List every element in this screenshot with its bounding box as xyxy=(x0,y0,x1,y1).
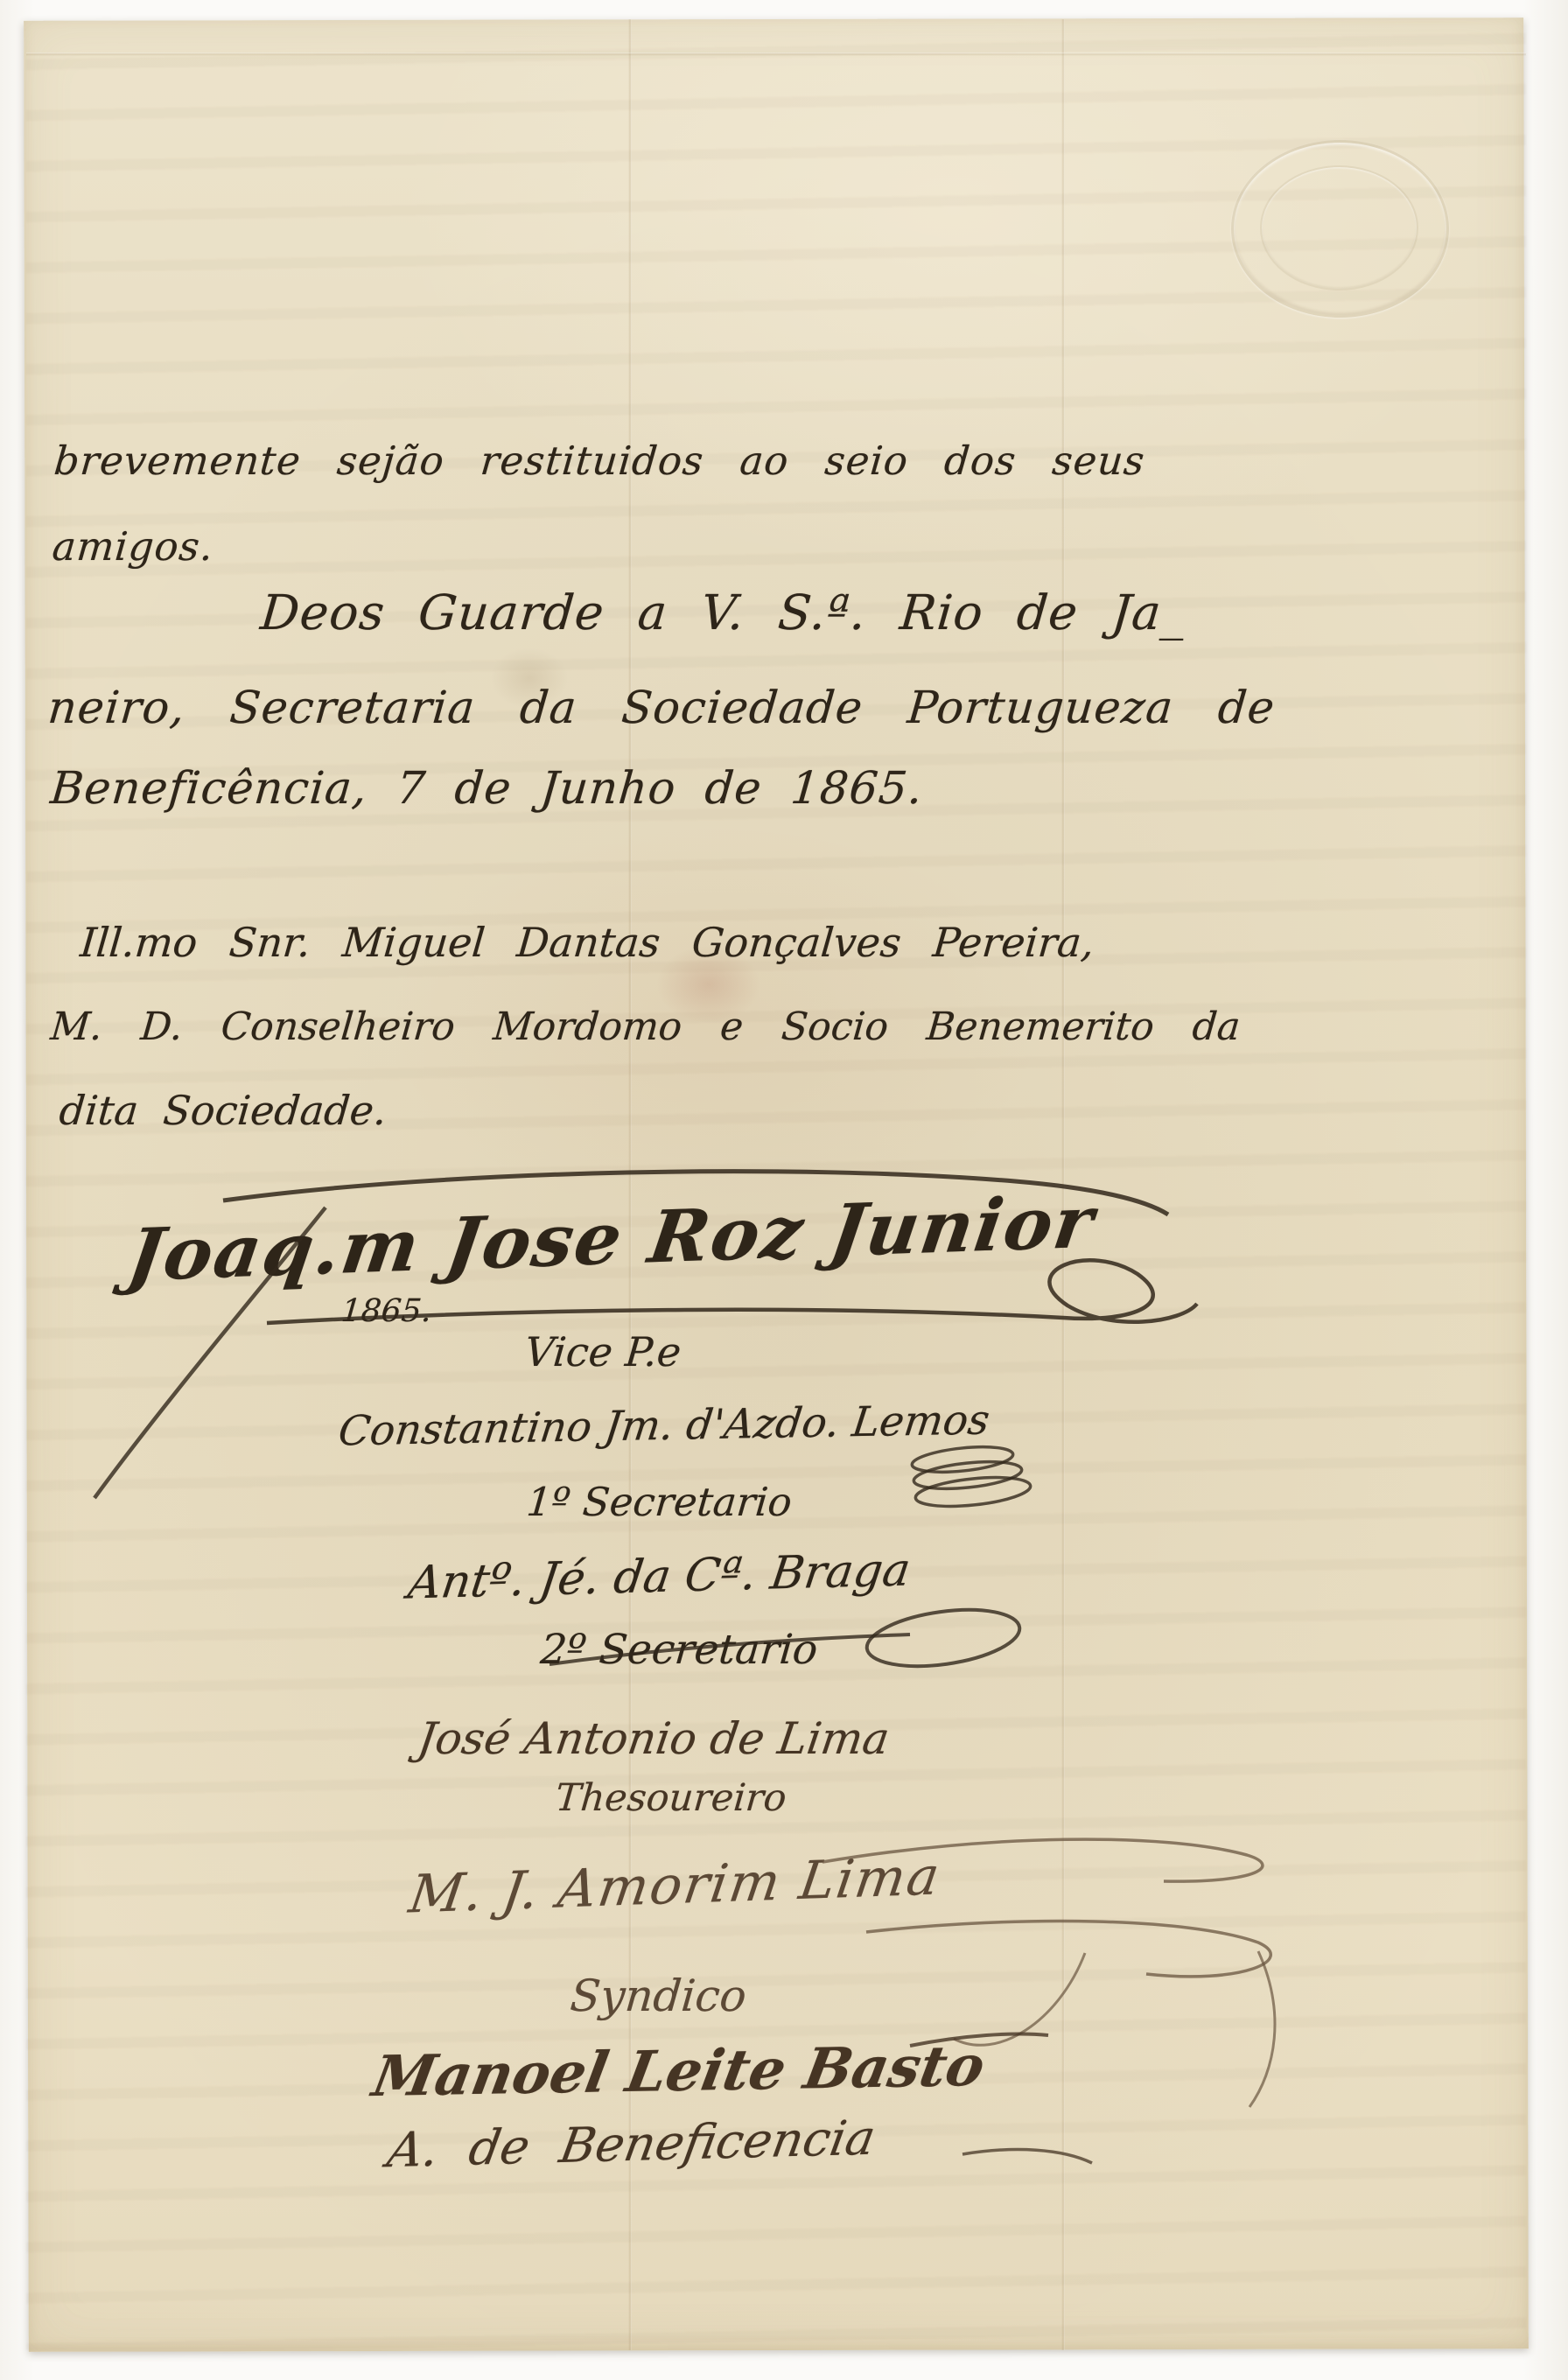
valediction-line-2: neiro, Secretaria da Sociedade Portuguez… xyxy=(45,682,1277,734)
addressee-line-1: Ill.mo Snr. Miguel Dantas Gonçalves Pere… xyxy=(79,919,1096,966)
embossed-seal-inner-ring xyxy=(1260,165,1418,290)
body-line-2: amigos. xyxy=(51,523,216,570)
body-line-1: brevemente sejão restituidos ao seio dos… xyxy=(52,437,1147,484)
signature-beneficencia-name: Manoel Leite Basto xyxy=(367,2033,990,2110)
signature-vice-presidente-role: Vice P.e xyxy=(523,1328,683,1375)
embossed-seal xyxy=(1231,140,1449,318)
addressee-line-3: dita Sociedade. xyxy=(58,1087,388,1134)
signature-thesoureiro-name: José Antonio de Lima xyxy=(415,1713,892,1764)
signature-2-secretario-role: 2º Secretario xyxy=(539,1626,820,1674)
scanned-letter-page: { "document": { "kind": "Scanned handwri… xyxy=(0,0,1568,2380)
valediction-line-1: Deos Guarde a V. S.ª. Rio de Ja_ xyxy=(258,584,1189,640)
valediction-line-3: Beneficência, 7 de Junho de 1865. xyxy=(48,763,925,815)
letter-paper xyxy=(24,17,1529,2352)
scan-background: brevemente sejão restituidos ao seio dos… xyxy=(0,0,1568,2380)
signature-thesoureiro-role: Thesoureiro xyxy=(554,1776,788,1820)
signature-vice-presidente-note: 1865. xyxy=(339,1293,433,1329)
signature-1-secretario-role: 1º Secretario xyxy=(525,1479,794,1525)
addressee-line-2: M. D. Conselheiro Mordomo e Socio Beneme… xyxy=(49,1004,1242,1049)
horizontal-fold-crease-top xyxy=(26,52,1526,56)
signature-syndico-role: Syndico xyxy=(568,1970,748,2021)
